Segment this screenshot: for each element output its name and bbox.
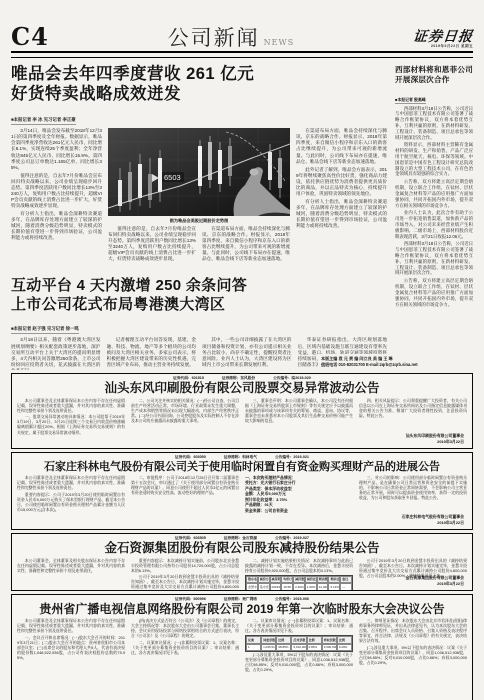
section-title-cn: 公司新闻	[168, 28, 260, 49]
announcement-paragraph: 二、议案审议情况：(一)非累积投票议案：1、议案名称：《关于变更部分募集资金投资…	[245, 618, 353, 633]
editors-footer: 本版主编 袁 元 责 编 闫立良 美 编 王 琳 值班电话 010-820317…	[318, 354, 473, 370]
article1-paragraph: 3月14日，唯品会发布截至2018年12月31日的第四季度及全年财报。数据显示，…	[11, 128, 102, 170]
announcement-paragraph: (二)涉及重大事项，5%以下股东的表决情况：议案《关于变更部分募集资金投资项目的…	[359, 645, 467, 665]
side-article-byline: ■本报记者 殷高峰	[395, 97, 426, 104]
signature-date: 2019年3月22日	[402, 520, 464, 526]
announcement3-column-3: 二、减持计划实施结果相关情况：本次减持事项与此前已披露的减持计划一致，不存在差异…	[245, 558, 353, 590]
announcement-paragraph: 三、董事会声明：本公司董事会确认，本公司没有任何根据《上海证券交易所股票上市规则…	[245, 398, 353, 423]
article1-headline-line1: 唯品会去年四季度营收 261 亿元	[11, 65, 254, 83]
announcement-paragraph: 一、会议召开和出席情况：(一)股东大会召开的时间：2019年3月21日；(二)股…	[17, 635, 125, 660]
article1-paragraph: 在渠道布局方面，唯品会持续深化与腾讯、京东的战略合作。财报显示，2018年第四季…	[296, 128, 387, 164]
announcement2-signature: 石家庄科林电气股份有限公司董事会 2019年3月22日	[402, 514, 464, 526]
news-left-region: 唯品会去年四季度营收 261 亿元 好货特卖战略成效迸发 ■本报记者 李 冰 见…	[11, 63, 387, 370]
article2-column-2: 记者梳理互动平台问答发现，基建、金融、科技、物流、地产等多个板块的公司均被问及大…	[107, 337, 197, 370]
page-header: C4 公司新闻 NEWS 证券日报 2019年3月22日 星期五	[11, 0, 473, 49]
stock-chart-photo: 6503	[108, 128, 290, 216]
announcement3-title: 金石资源集团股份有限公司股东减持股份结果公告	[17, 542, 467, 556]
announcement3-body: 本公司董事会、全体董事及相关股东保证本公告内容不存在任何虚假记载、误导性陈述或者…	[17, 558, 467, 590]
announcement1-body: 本公司董事会及全体董事保证本公告内容不存在任何虚假记载、误导性陈述或者重大遗漏，…	[17, 398, 467, 446]
article2-column-3: 其中，一些公司详细披露了在大湾区的项目储备和投资计划，亦有公司提示相关业务占比较…	[202, 337, 292, 370]
announcement4-column-4: 三、律师见证情况：本次股东大会由北京市君泽君(贵阳)律师事务所律师见证，并出具法…	[359, 618, 467, 700]
article2-headline-line1: 互动平台 4 天内激增 250 余条问答	[11, 277, 247, 294]
announcement-paragraph: 二、减持计划实施结果相关情况：本次减持事项与此前已披露的减持计划一致，不存在差异…	[245, 558, 353, 573]
article1-paragraph: 值得注意的是，自去年7月份唯品会宣布回归特卖战略以来，公司业绩呈现稳步回升态势。…	[108, 226, 196, 262]
newspaper-page: C4 公司新闻 NEWS 证券日报 2019年3月22日 星期五 唯品会去年四季…	[0, 0, 484, 700]
side-paragraph: 公告称，双方将建立高层定期会晤机制，设立联合工作组，在钛材、层状金属复合材料等产…	[395, 278, 473, 307]
side-paragraph: 业内人士认为，此次合作有助于公司进一步拓宽销售渠道，加快新产品的市场导入，对公司…	[395, 210, 473, 239]
masthead-date: 2019年3月22日 星期五	[413, 45, 473, 49]
article1-sub-columns: 值得注意的是，自去年7月份唯品会宣布回归特卖战略以来，公司业绩呈现稳步回升态势。…	[108, 226, 290, 272]
article2-column-1: 3月18日以来，随着《粤港澳大湾区发展规划纲要》相关配套政策逐步落地，深沪交易所…	[11, 337, 101, 370]
announcement1-column-2: 二、公司关注并核实的相关情况：(一)经公司自查，公司目前生产经营活动正常，市场环…	[131, 398, 239, 446]
article2-paragraph: 记者梳理互动平台问答发现，基建、金融、科技、物流、地产等多个板块的公司均被问及大…	[107, 337, 197, 367]
announcement-paragraph: 二、议案审议情况：(一)非累积投票议案：1、议案名称：《关于变更部分募集资金投资…	[131, 640, 239, 655]
side-paragraph: 公告称，双方将建立高层定期会晤机制，设立联合工作组，在钛材、层状金属复合材料等产…	[395, 179, 473, 208]
article1-paragraph: 此外记者了解到，唯品会方面表示，2019年将继续聚焦高性价比好货，强化商品力建设…	[296, 167, 387, 197]
announcement2-column-1: 本公司董事会及全体董事保证本公告内容不存在任何虚假记载、误导性陈述或者重大遗漏，…	[17, 475, 125, 526]
photo-caption: 图为唯品会美股近期股价走势图	[108, 216, 290, 226]
masthead: 证券日报 2019年3月22日 星期五	[413, 30, 473, 49]
announcement-jinshi: 证券代码：603505 证券简称：金石资源 公告编号：2019-027 金石资源…	[11, 533, 473, 591]
announcement2-title: 石家庄科林电气股份有限公司关于使用临时闲置自有资金购买理财产品的进展公告	[17, 461, 467, 473]
article-vipshop: 唯品会去年四季度营收 261 亿元 好货特卖战略成效迸发 ■本报记者 李 冰 见…	[11, 64, 387, 274]
list-item: 资金来源：公司自有资金	[245, 508, 353, 513]
announcement3-column-1: 本公司董事会、全体董事及相关股东保证本公告内容不存在任何虚假记载、误导性陈述或者…	[17, 558, 125, 590]
announcement-paragraph: 本公司董事会及全体董事保证本公告内容不存在任何虚假记载、误导性陈述或者重大遗漏，…	[17, 618, 125, 633]
article1-column-2: 值得注意的是，自去年7月份唯品会宣布回归特卖战略以来，公司业绩呈现稳步回升态势。…	[108, 226, 196, 272]
side-article-headline: 西部材料将和恩菲公司 开展深层次合作	[395, 65, 473, 86]
article1-paragraph: 有分析人士指出，唯品会深耕特卖赛道多年，在品牌库存处理方面建立了较深的护城河，随…	[11, 211, 102, 241]
announcement-paragraph: 一、股票交易异常波动的具体情况：本公司股票于2019年3月19日、3月20日、3…	[17, 414, 125, 434]
article1-paragraph: 值得注意的是，自去年7月份唯品会宣布回归特卖战略以来，公司业绩呈现稳步回升态势。…	[11, 173, 102, 209]
announcement1-title: 汕头东风印刷股份有限公司股票交易异常波动公告	[17, 382, 467, 396]
news-section: 唯品会去年四季度营收 261 亿元 好货特卖战略成效迸发 ■本报记者 李 冰 见…	[11, 58, 473, 370]
side-paragraph: 资料显示，西部材料主营稀有金属材料的研发、生产和销售，产品广泛应用于航空航天、核…	[395, 142, 473, 177]
stock-name-label: 证券简称：科林电气	[224, 455, 257, 460]
announcement-paragraph: 四、相关风险提示：公司郑重提醒广大投资者，有关公司信息以公司在上海证券交易所网站…	[359, 398, 467, 418]
side-article-body: 西部材料3月18日公告称，公司近日与中国恩菲工程技术有限公司签署了战略合作框架协…	[395, 106, 473, 371]
announcement-paragraph: 本公司董事会、全体董事及相关股东保证本公告内容不存在任何虚假记载、误导性陈述或者…	[17, 558, 125, 573]
announcement2-meta: 证券代码：603050 证券简称：科林电气 公告编号：2019-021	[17, 455, 467, 460]
article1-byline: ■本报记者 李 冰 见习记者 李正豪	[11, 117, 76, 125]
announcement4-column-2: (四)表决方式是否符合《公司法》及《公司章程》的规定，大会主持情况等：本次股东大…	[131, 618, 239, 700]
announcement-paragraph: (二)涉及重大事项，5%以下股东的表决情况：议案《关于变更部分募集资金投资项目的…	[245, 652, 353, 672]
announcement2-column-3: 一、本次购买理财产品情况： 受托方：光大银行石家庄分行 产品类型：保本浮动收益型…	[245, 475, 353, 526]
article1-column-1: 3月14日，唯品会发布截至2018年12月31日的第四季度及全年财报。数据显示，…	[11, 128, 102, 274]
announcement3-column-2: 重要内容提示：本次减持计划实施前，公司股东北京金慧丰投资管理有限公司持有公司股份…	[131, 558, 239, 590]
side-paragraph: 西部材料3月18日公告称，公司近日与中国恩菲工程技术有限公司签署了战略合作框架协…	[395, 241, 473, 276]
announcement-paragraph: 本公司董事会及全体董事保证本公告内容不存在任何虚假记载、误导性陈述或者重大遗漏，…	[17, 398, 125, 413]
article1-column-4: 在渠道布局方面，唯品会持续深化与腾讯、京东的战略合作。财报显示，2018年第四季…	[296, 128, 387, 274]
announcement-paragraph: 三、对公司的影响：公司使用部分临时闲置自有资金购买理财产品，是在确保公司日常运营…	[359, 475, 467, 500]
article2-paragraph: 其中，一些公司详细披露了在大湾区的项目储备和投资计划，亦有公司提示相关业务占比较…	[202, 337, 292, 367]
announcement2-body: 本公司董事会及全体董事保证本公告内容不存在任何虚假记载、误导性陈述或者重大遗漏，…	[17, 475, 467, 526]
announcement1-column-1: 本公司董事会及全体董事保证本公告内容不存在任何虚假记载、误导性陈述或者重大遗漏，…	[17, 398, 125, 446]
article1-figure: 6503 图为唯品会美股近期股价走势图	[108, 128, 290, 226]
announcements-section: 证券代码：601515 证券简称：东风股份 公告编号：临2019-020 汕头东…	[11, 373, 473, 700]
announcement1-signature: 汕头东风印刷股份有限公司董事会 2019年3月22日	[406, 433, 464, 445]
announcement-guiguang: 证券代码：600996 证券简称：贵广网络 公告编号：2019-006 贵州省广…	[11, 594, 473, 700]
announcement-paragraph: 公司于2019年3月20日收到金慧丰投资出具的《减持结果告知函》，截至本公告日，…	[131, 574, 239, 589]
announcement4-body: 本公司董事会及全体董事保证本公告内容不存在任何虚假记载、误导性陈述或者重大遗漏，…	[17, 618, 467, 700]
announcement-paragraph: 二、公司关注并核实的相关情况：(一)经公司自查，公司目前生产经营活动正常，市场环…	[131, 398, 239, 423]
article1-paragraph: 在渠道布局方面，唯品会持续深化与腾讯、京东的战略合作。财报显示，2018年第四季…	[202, 226, 290, 262]
announcement-paragraph: 三、律师见证情况：本次股东大会由北京市君泽君(贵阳)律师事务所律师见证，并出具法…	[359, 618, 467, 643]
signature-date: 2019年3月22日	[406, 439, 464, 445]
side-article: 西部材料将和恩菲公司 开展深层次合作 ■本报记者 殷高峰 西部材料3月18日公告…	[395, 63, 473, 370]
section-title-en: NEWS	[264, 38, 295, 47]
announcement-kelin: 证券代码：603050 证券简称：科林电气 公告编号：2019-021 石家庄科…	[11, 452, 473, 530]
announcement-paragraph: 重要内容提示：本次减持计划实施前，公司股东北京金慧丰投资管理有限公司持有公司股份…	[131, 558, 239, 573]
announcement4-column-1: 本公司董事会及全体董事保证本公告内容不存在任何虚假记载、误导性陈述或者重大遗漏，…	[17, 618, 125, 700]
side-headline-line2: 开展深层次合作	[395, 75, 450, 84]
article1-column-3: 在渠道布局方面，唯品会持续深化与腾讯、京东的战略合作。财报显示，2018年第四季…	[202, 226, 290, 272]
announcement4-column-3: 二、议案审议情况：(一)非累积投票议案：1、议案名称：《关于变更部分募集资金投资…	[245, 618, 353, 700]
notice-number-label: 公告编号：2019-021	[275, 455, 309, 460]
article1-middle-block: 6503 图为唯品会美股近期股价走势图 值得注意的是，自去年7月份唯品会宣布回归…	[108, 128, 290, 274]
voting-result-table: 议案同意票数比例反对票数比例弃权票数比例11,036,512,93698.85%…	[245, 635, 353, 652]
announcement4-title: 贵州省广播电视信息网络股份有限公司 2019 年第一次临时股东大会决议公告	[17, 603, 467, 616]
announcement-paragraph: 二、审批程序：公司于2018年12月25日召开第二届董事会第十五次会议，审议通过…	[131, 475, 239, 495]
section-title: 公司新闻 NEWS	[168, 28, 295, 49]
article2-headline: 互动平台 4 天内激增 250 余条问答 上市公司花式布局粤港澳大湾区	[11, 277, 387, 314]
announcement-paragraph: (四)表决方式是否符合《公司法》及《公司章程》的规定，大会主持情况等：本次股东大…	[131, 618, 239, 638]
shareholding-table: 股东名称减持方式减持期间均价(元)减持股数减持比例剩余股数剩余比例备注金慧丰投资…	[245, 575, 353, 590]
announcement2-column-2: 二、审批程序：公司于2018年12月25日召开第二届董事会第十五次会议，审议通过…	[131, 475, 239, 526]
article1-body: 3月14日，唯品会发布截至2018年12月31日的第四季度及全年财报。数据显示，…	[11, 128, 387, 274]
side-headline-line1: 西部材料将和恩菲公司	[395, 65, 473, 74]
announcement-paragraph: 本公司董事会及全体董事保证本公告内容不存在任何虚假记载、误导性陈述或者重大遗漏，…	[17, 475, 125, 490]
contact-line: 值班电话 010-82031700 E-mail:zqrb@zqrb.sina.…	[321, 362, 473, 369]
fingertip	[250, 169, 259, 176]
stock-code-label: 证券代码：603050	[175, 455, 206, 460]
article2-paragraph: 3月18日以来，随着《粤港澳大湾区发展规划纲要》相关配套政策逐步落地，深沪交易所…	[11, 337, 101, 370]
page-number: C4	[11, 25, 49, 49]
announcement1-column-3: 三、董事会声明：本公司董事会确认，本公司没有任何根据《上海证券交易所股票上市规则…	[245, 398, 353, 446]
header-rule	[11, 51, 473, 58]
paper-logo: 证券日报	[412, 30, 473, 44]
announcement3-signature: 金石资源集团股份有限公司董事会 2019年3月22日	[406, 575, 464, 587]
article2-headline-line2: 上市公司花式布局粤港澳大湾区	[11, 296, 225, 313]
article1-headline: 唯品会去年四季度营收 261 亿元 好货特卖战略成效迸发	[11, 64, 387, 104]
article2-byline: ■本报记者 赵子强 见习记者 徐一鸣	[11, 326, 79, 334]
article1-paragraph: 有分析人士指出，唯品会深耕特卖赛道多年，在品牌库存处理方面建立了较深的护城河，随…	[296, 199, 387, 229]
price-label: 6503	[164, 173, 181, 182]
side-paragraph: 西部材料3月18日公告称，公司近日与中国恩菲工程技术有限公司签署了战略合作框架协…	[395, 106, 473, 141]
signature-date: 2019年3月22日	[406, 581, 464, 587]
article1-headline-line2: 好货特卖战略成效迸发	[11, 85, 181, 103]
announcement-dongfeng: 证券代码：601515 证券简称：东风股份 公告编号：临2019-020 汕头东…	[11, 373, 473, 449]
announcement-paragraph: 重要内容提示：公司于2019年3月20日使用临时闲置自有资金人民币5,000万元…	[17, 492, 125, 512]
